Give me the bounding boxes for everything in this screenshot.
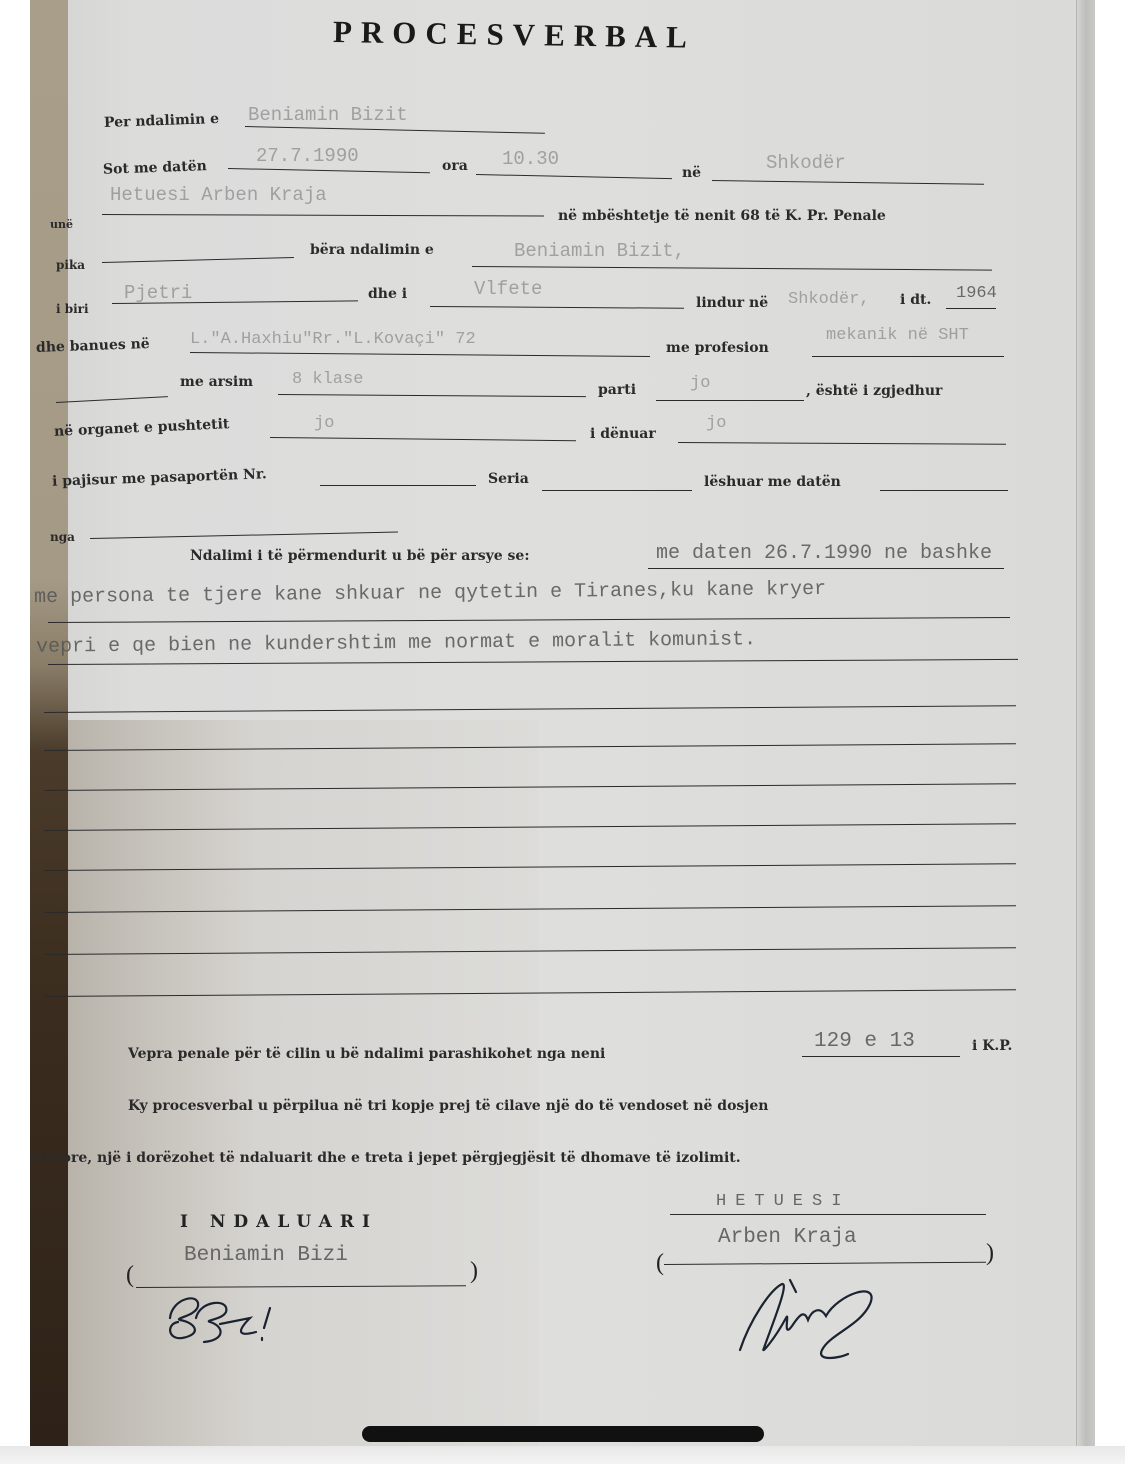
field-line <box>648 568 1004 569</box>
field-line <box>270 437 576 441</box>
label-dhe-i: dhe i <box>368 286 407 302</box>
label-seria: Seria <box>488 471 529 487</box>
field-line <box>102 214 544 217</box>
value-arsim: 8 klase <box>292 370 363 389</box>
paren-close: ) <box>986 1240 994 1267</box>
field-line <box>245 126 545 134</box>
label-ora: ora <box>442 158 468 174</box>
label-parti: parti <box>598 382 636 398</box>
page-edge <box>1076 0 1095 1446</box>
field-line <box>472 266 992 271</box>
label-organet: në organet e pushtetit <box>54 416 230 440</box>
value-banues: L."A.Haxhiu"Rr."L.Kovaçi" 72 <box>190 330 476 349</box>
detained-title: I NDALUARI <box>180 1212 378 1232</box>
field-line <box>228 168 430 173</box>
field-line <box>278 394 586 397</box>
value-bera-ndalimin: Beniamin Bizit, <box>514 240 685 262</box>
field-line <box>190 352 650 357</box>
value-ora: 10.30 <box>502 148 559 170</box>
field-line <box>90 532 398 539</box>
label-ne: në <box>682 165 701 181</box>
investigator-title: HETUESI <box>716 1192 850 1211</box>
label-lindur: lindur në <box>696 295 768 311</box>
field-line <box>802 1056 960 1057</box>
value-parti: jo <box>690 374 710 393</box>
value-lindur: Shkodër, <box>788 290 870 309</box>
label-pasaporte: i pajisur me pasaportën Nr. <box>52 466 267 489</box>
field-line <box>712 180 984 185</box>
passport-date-line <box>880 490 1008 491</box>
document-page: PROCESVERBAL Per ndalimin e Beniamin Biz… <box>30 0 1095 1446</box>
reason-rule <box>48 659 1018 665</box>
copies-text-line-1: Ky procesverbal u përpilua në tri kopje … <box>128 1098 768 1114</box>
document-title: PROCESVERBAL <box>333 14 696 56</box>
label-sot-me-daten: Sot me datën <box>103 158 207 178</box>
field-line <box>56 396 168 403</box>
value-organet: jo <box>314 414 334 433</box>
copies-text-line-2: hetimore, një i dorëzohet të ndaluarit d… <box>30 1150 741 1166</box>
value-neni: 129 e 13 <box>814 1030 915 1053</box>
value-profesion: mekanik në SHT <box>826 326 969 345</box>
label-per-ndalimin: Per ndalimin e <box>104 111 220 131</box>
field-line <box>102 257 294 263</box>
title-line <box>670 1214 986 1215</box>
label-zgjedhur: , është i zgjedhur <box>806 383 942 399</box>
label-profesion: me profesion <box>666 340 769 356</box>
field-line <box>812 356 1004 357</box>
passport-series-line <box>542 490 692 491</box>
label-reason: Ndalimi i të përmendurit u bë për arsye … <box>190 548 530 564</box>
value-une: Hetuesi Arben Kraja <box>110 184 327 206</box>
label-une: unë <box>50 218 73 231</box>
paren-close: ) <box>470 1258 478 1285</box>
label-nga: nga <box>50 530 75 544</box>
label-i-biri: i biri <box>56 302 89 316</box>
value-i-biri: Pjetri <box>124 282 192 304</box>
passport-number-line <box>320 485 476 486</box>
paren-open: ( <box>126 1262 134 1289</box>
label-kp: i K.P. <box>972 1038 1012 1054</box>
detained-name: Beniamin Bizi <box>184 1244 348 1267</box>
value-ne: Shkodër <box>766 152 846 174</box>
reason-line-3: vepri e qe bien ne kundershtim me normat… <box>36 628 756 659</box>
label-arsim: me arsim <box>180 374 253 390</box>
label-mbeshtetje: në mbështetje të nenit 68 të K. Pr. Pena… <box>558 208 886 224</box>
bottom-bar <box>0 1446 1125 1464</box>
label-dt: i dt. <box>900 292 931 308</box>
book-binding <box>30 0 68 1446</box>
field-line <box>430 306 684 309</box>
reason-rule <box>48 617 1010 623</box>
label-vepra-penale: Vepra penale për të cilin u bë ndalimi p… <box>128 1046 605 1062</box>
blank-rule <box>44 705 1016 713</box>
value-per-ndalimin: Beniamin Bizit <box>248 104 408 126</box>
investigator-name: Arben Kraja <box>718 1226 857 1249</box>
label-pika: pika <box>56 258 85 272</box>
label-banues: dhe banues në <box>36 336 150 356</box>
label-leshuar: lëshuar me datën <box>704 474 841 490</box>
signature-line <box>664 1262 986 1265</box>
value-denuar: jo <box>706 414 726 433</box>
investigator-signature-icon <box>730 1270 900 1365</box>
field-line <box>946 308 996 309</box>
paren-open: ( <box>656 1250 664 1277</box>
value-sot-me-daten: 27.7.1990 <box>256 145 359 167</box>
value-dt: 1964 <box>956 284 997 303</box>
value-dhe-i: Vlfete <box>474 278 542 300</box>
label-denuar: i dënuar <box>590 426 656 442</box>
field-line <box>678 442 1006 445</box>
reason-line-2: me persona te tjere kane shkuar ne qytet… <box>34 578 826 609</box>
label-bera-ndalimin: bëra ndalimin e <box>310 242 434 258</box>
field-line <box>476 174 672 179</box>
field-line <box>656 400 804 401</box>
detained-signature-icon <box>160 1288 320 1348</box>
home-indicator[interactable] <box>362 1426 764 1442</box>
reason-line-1: me daten 26.7.1990 ne bashke <box>656 542 992 565</box>
